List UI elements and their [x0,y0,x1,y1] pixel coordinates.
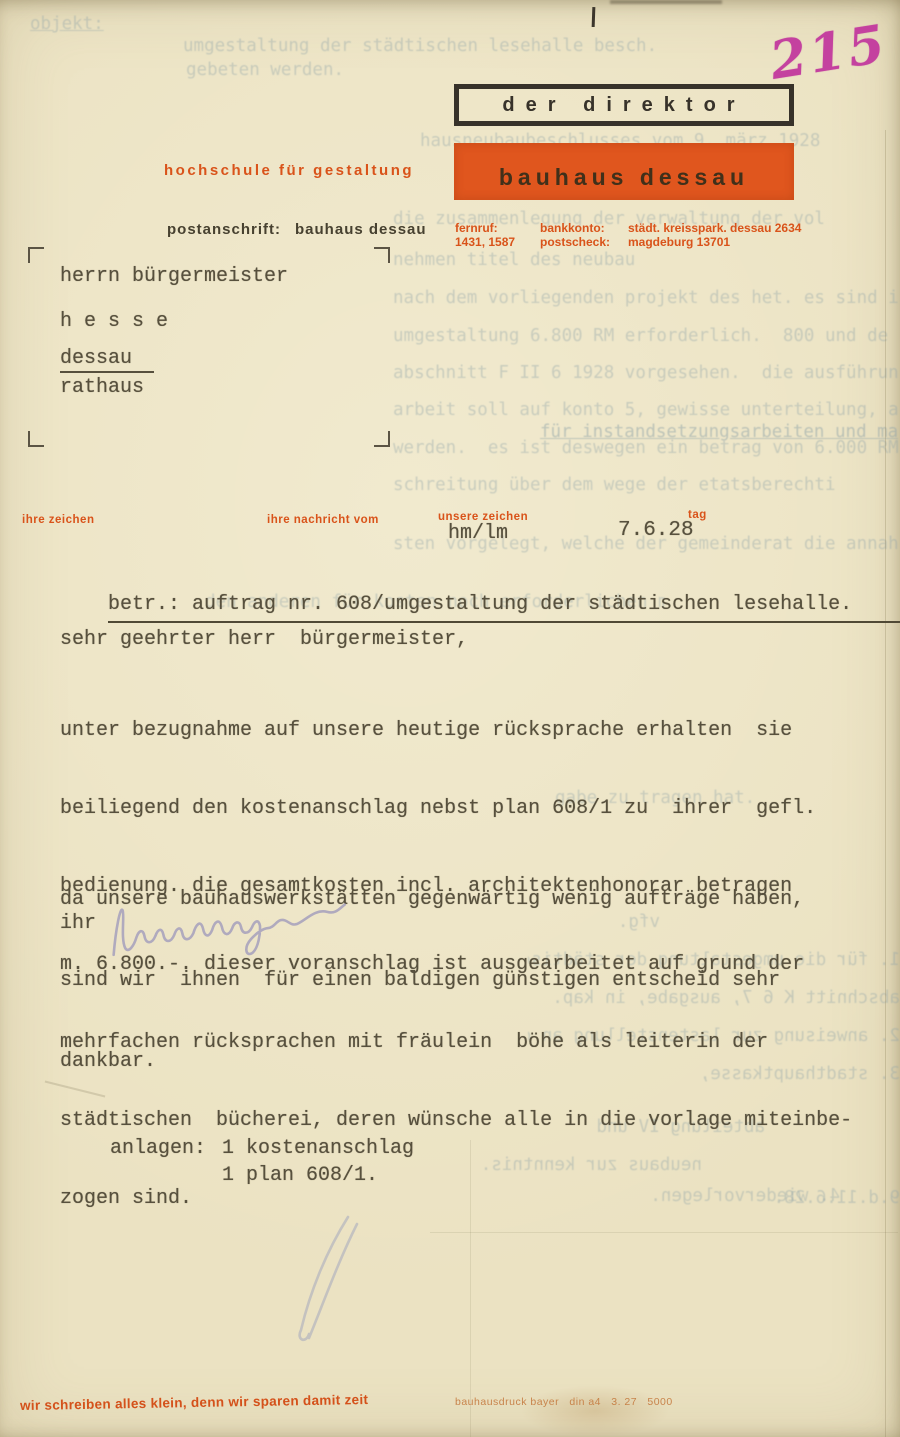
body-line: beiliegend den kostenanschlag nebst plan… [60,796,852,822]
address-window-mark-top-right [374,247,390,263]
bleed-through-line: nehmen titel des neubau [393,250,873,270]
bleed-through-line: für instandsetzungsarbeiten und material… [540,422,898,442]
paper-stain [520,1385,670,1437]
recipient-line-1: herrn bürgermeister [60,264,288,290]
bank-value: städt. kreisspark. dessau 2634 [628,221,801,235]
giro-label: postscheck: [540,235,628,249]
bleed-through-line: schreitung über dem wege der etatsberech… [393,475,898,495]
recipient-line-2: h e s s e [60,309,168,335]
recipient-line-3: dessau [60,346,154,372]
bank-label: bankkonto: [540,221,628,235]
paper-edge-line [885,130,886,1437]
date-value: 7.6.28 [618,518,694,544]
printer-credit: bauhausdruck bayer din a4 3. 27 5000 [455,1396,673,1408]
our-ref-value: hm/lm [448,521,508,547]
subject-text: betr.: auftrag nr. 608/umgestaltung der … [108,592,900,623]
registration-tick [592,7,595,27]
bleed-through-line: abschnitt F II 6 1928 vorgesehen. die au… [393,363,898,383]
enclosure-item: 1 plan 608/1. [222,1164,378,1187]
bauhaus-brand-box: bauhaus dessau [454,143,794,200]
postal-value: bauhaus dessau [295,221,427,238]
your-message-label: ihre nachricht vom [267,514,379,526]
postal-label: postanschrift: [167,221,281,238]
body-paragraph-2: da unsere bauhauswerkstätten gegenwärtig… [60,832,804,1129]
folio-number-handwritten: 215 [766,13,892,92]
body-line: unter bezugnahme auf unsere heutige rück… [60,718,852,744]
giro-value: magdeburg 13701 [628,235,730,249]
director-title-label: der direktor [502,94,745,117]
your-ref-label: ihre zeichen [22,514,94,526]
bleed-through-line: umgestaltung 6.800 RM erforderlich. 800 … [393,326,898,346]
director-title-box: der direktor [454,84,794,126]
bleed-through-line: werden. es ist deswegen ein betrag von 6… [393,438,898,458]
scanned-letter-page: objekt: umgestaltung der städtischen les… [0,0,900,1437]
postal-address-line: postanschrift:bauhaus dessau [167,221,427,238]
bleed-through-line: nach dem vorliegenden projekt des het. e… [393,288,898,308]
address-window-mark-top-left [28,247,44,263]
phone-label: fernruf: [455,221,515,235]
bank-block: bankkonto:städt. kreisspark. dessau 2634… [540,221,801,249]
recipient-line-4: rathaus [60,375,144,401]
body-line: dankbar. [60,1048,804,1075]
bleed-through-line: umgestaltung der städtischen lesehalle b… [183,36,783,56]
bleed-through-line: gebeten werden. [186,60,406,80]
scan-edge-smudge [610,0,722,4]
address-window-mark-bottom-left [28,431,44,447]
closing-word: ihr [60,911,96,937]
bleed-through-line: objekt: [30,14,125,34]
bleed-through-line: arbeit soll auf konto 5, gewisse unterte… [393,400,898,420]
pencil-mark [278,1212,378,1352]
school-subtitle: hochschule für gestaltung [164,162,414,179]
enclosures-line-2: 1 plan 608/1. [174,1137,378,1215]
phone-numbers: 1431, 1587 [455,235,515,249]
salutation: sehr geehrter herr bürgermeister, [60,627,468,653]
recipient-city: dessau [60,347,154,373]
bauhaus-brand-label: bauhaus dessau [499,164,749,191]
footer-slogan: wir schreiben alles klein, denn wir spar… [20,1392,368,1413]
address-window-mark-bottom-right [374,431,390,447]
phone-block: fernruf: 1431, 1587 [455,221,515,249]
